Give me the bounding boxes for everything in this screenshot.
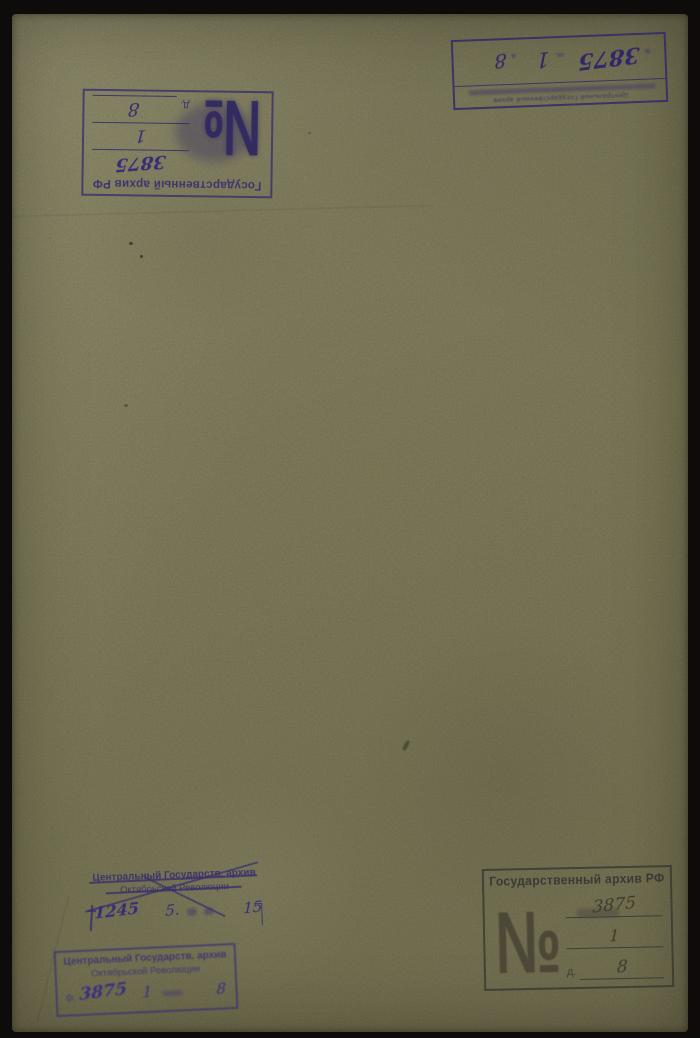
- fond-value: 3875: [592, 894, 636, 918]
- delo-label: д.: [180, 98, 190, 111]
- stamp-values-row: ф. 3875 1 8: [65, 978, 230, 1005]
- opis-value: 1: [143, 983, 153, 1001]
- stamp-cgaor-bordered: Центральный Государств. архив Октябрьско…: [54, 943, 239, 1017]
- delo-value: 8: [494, 48, 506, 71]
- stamp-org-name: Государственный архив РФ: [86, 176, 268, 196]
- printed-label-smudge: [162, 990, 182, 996]
- paper-crease: [12, 205, 432, 218]
- pen-bracket: [254, 903, 263, 925]
- fond-label: ф.: [643, 47, 650, 55]
- opis-label: оп.: [555, 50, 564, 58]
- delo-label: д.: [510, 52, 516, 60]
- fond-value: 3875: [578, 41, 640, 74]
- opis-value: 1: [135, 124, 147, 144]
- stamp-top-left-state-archive: Государственный архив РФ № 3875 1 д. 8: [81, 89, 273, 199]
- delo-field: д. 8: [92, 95, 189, 121]
- stamp-top-right-central-archive: Центральный Государственный архив ф. 387…: [451, 32, 669, 110]
- delo-label: д.: [567, 966, 577, 979]
- opis-field: 1: [92, 122, 189, 148]
- fond-value: 3875: [114, 150, 166, 174]
- printed-label-smudge: [187, 908, 196, 915]
- stamp-body: № 3875 1 д. 8: [484, 885, 672, 984]
- stamp-body: № 3875 1 д. 8: [84, 93, 272, 179]
- paper-speck: [402, 740, 411, 752]
- opis-value: 5.: [165, 901, 180, 920]
- fond-value: 3875: [79, 980, 127, 1006]
- delo-value: 8: [216, 980, 226, 998]
- stamp-fields: 3875 1 д. 8: [565, 888, 664, 983]
- paper-speck: [308, 132, 311, 134]
- fond-label: ф.: [65, 992, 75, 1003]
- stamp-values-row: ф. 3875 оп. 1 д. 8: [453, 41, 665, 87]
- fond-field: 3875: [92, 149, 189, 175]
- paper-speck: [124, 404, 128, 407]
- opis-value: 1: [536, 46, 550, 72]
- stamp-cgaor-crossed-out: Центральный Государств. архив Октябрьско…: [87, 867, 263, 937]
- paper-speck: [140, 255, 143, 258]
- delo-value: 8: [616, 957, 628, 978]
- stamp-fields: 3875 1 д. 8: [92, 93, 190, 175]
- numero-sign: №: [202, 60, 263, 163]
- delo-field: д. 8: [566, 950, 664, 981]
- stamp-bottom-right-state-archive: Государственный архив РФ № 3875 1 д. 8: [482, 865, 675, 991]
- opis-value: 1: [609, 927, 620, 946]
- opis-field: 1: [566, 919, 664, 950]
- stamp-org-name: Государственный архив РФ: [487, 867, 668, 889]
- numero-sign: №: [495, 904, 563, 1025]
- paper-speck: [129, 242, 133, 245]
- fond-field: 3875: [565, 888, 663, 919]
- delo-value: 8: [128, 97, 141, 118]
- pen-mark: [90, 905, 93, 931]
